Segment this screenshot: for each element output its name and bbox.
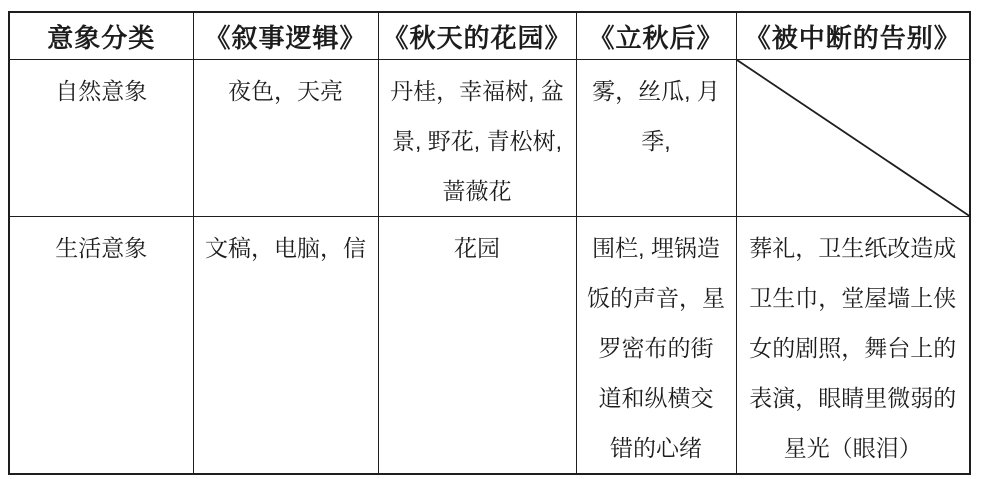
header-imagery-category: 意象分类 <box>9 12 193 60</box>
diagonal-slash-line <box>737 60 970 216</box>
header-narrative-logic: 《叙事逻辑》 <box>193 12 378 60</box>
table-row-life-imagery: 生活意象 文稿，电脑，信 花园 围栏, 埋锅造 饭的声音，星 罗密布的街 道和纵… <box>9 217 970 475</box>
imagery-classification-table: 意象分类 《叙事逻辑》 《秋天的花园》 《立秋后》 《被中断的告别》 自然意象 … <box>8 11 971 475</box>
cell-natural-narrative-logic: 夜色，天亮 <box>193 60 378 217</box>
header-interrupted-farewell: 《被中断的告别》 <box>736 12 970 60</box>
cell-category-natural: 自然意象 <box>9 60 193 217</box>
cell-category-life: 生活意象 <box>9 217 193 475</box>
cell-life-interrupted-farewell: 葬礼，卫生纸改造成 卫生巾，堂屋墙上侠 女的剧照，舞台上的 表演，眼睛里微弱的 … <box>736 217 970 475</box>
cell-life-narrative-logic: 文稿，电脑，信 <box>193 217 378 475</box>
header-autumn-garden: 《秋天的花园》 <box>378 12 576 60</box>
table-row-natural-imagery: 自然意象 夜色，天亮 丹桂，幸福树, 盆 景, 野花, 青松树, 蔷薇花 雾，丝… <box>9 60 970 217</box>
document-page: 意象分类 《叙事逻辑》 《秋天的花园》 《立秋后》 《被中断的告别》 自然意象 … <box>0 0 985 479</box>
cell-life-after-liqiu: 围栏, 埋锅造 饭的声音，星 罗密布的街 道和纵横交 错的心绪 <box>576 217 736 475</box>
header-after-liqiu: 《立秋后》 <box>576 12 736 60</box>
cell-life-autumn-garden: 花园 <box>378 217 576 475</box>
cell-natural-interrupted-farewell-empty <box>736 60 970 217</box>
cell-natural-after-liqiu: 雾，丝瓜, 月 季, <box>576 60 736 217</box>
header-row: 意象分类 《叙事逻辑》 《秋天的花园》 《立秋后》 《被中断的告别》 <box>9 12 970 60</box>
cell-natural-autumn-garden: 丹桂，幸福树, 盆 景, 野花, 青松树, 蔷薇花 <box>378 60 576 217</box>
